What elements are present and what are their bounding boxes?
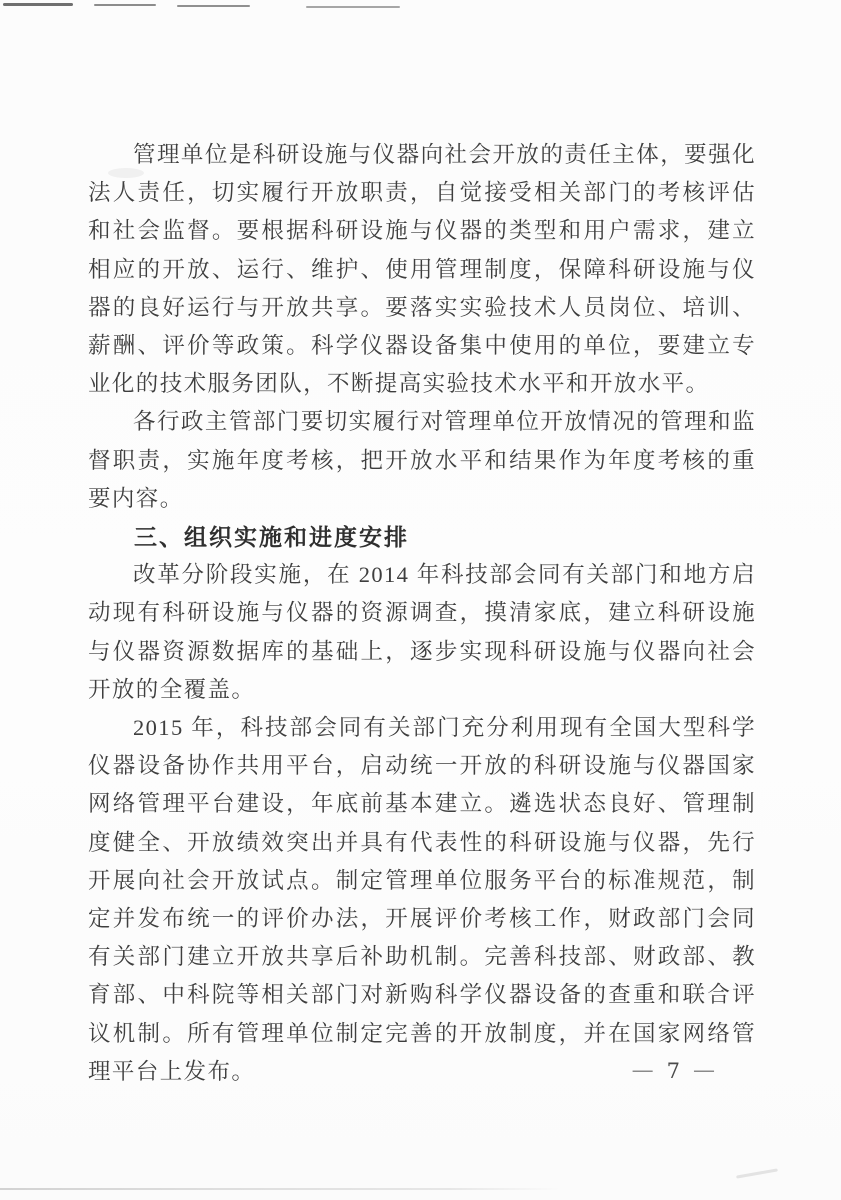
scan-artifact-top-edge [3,3,73,6]
paragraph-management-units: 管理单位是科研设施与仪器向社会开放的责任主体，要强化法人责任，切实履行开放职责，… [88,136,756,403]
paragraph-administrative-departments: 各行政主管部门要切实履行对管理单位开放情况的管理和监督职责，实施年度考核，把开放… [88,403,756,518]
page-number-value: 7 [667,1059,680,1083]
scan-artifact-bottom-mark [736,1168,778,1178]
scan-artifact-top-edge [94,4,156,6]
page-number-left-dash: — [632,1058,654,1083]
document-body: 管理单位是科研设施与仪器向社会开放的责任主体，要强化法人责任，切实履行开放职责，… [88,136,756,1091]
scan-artifact-top-edge [177,5,250,7]
scan-artifact-bottom-edge [0,1188,560,1190]
paragraph-2015-plan: 2015 年，科技部会同有关部门充分利用现有全国大型科学仪器设备协作共用平台，启… [88,709,756,1091]
page-number: — 7 — [632,1058,715,1083]
scan-artifact-top-edge [306,6,400,8]
paragraph-2014-plan: 改革分阶段实施，在 2014 年科技部会同有关部门和地方启动现有科研设施与仪器的… [88,556,756,709]
page-number-right-dash: — [693,1058,715,1083]
scanned-document-page: 管理单位是科研设施与仪器向社会开放的责任主体，要强化法人责任，切实履行开放职责，… [0,0,841,1200]
section-heading: 三、组织实施和进度安排 [88,518,756,556]
